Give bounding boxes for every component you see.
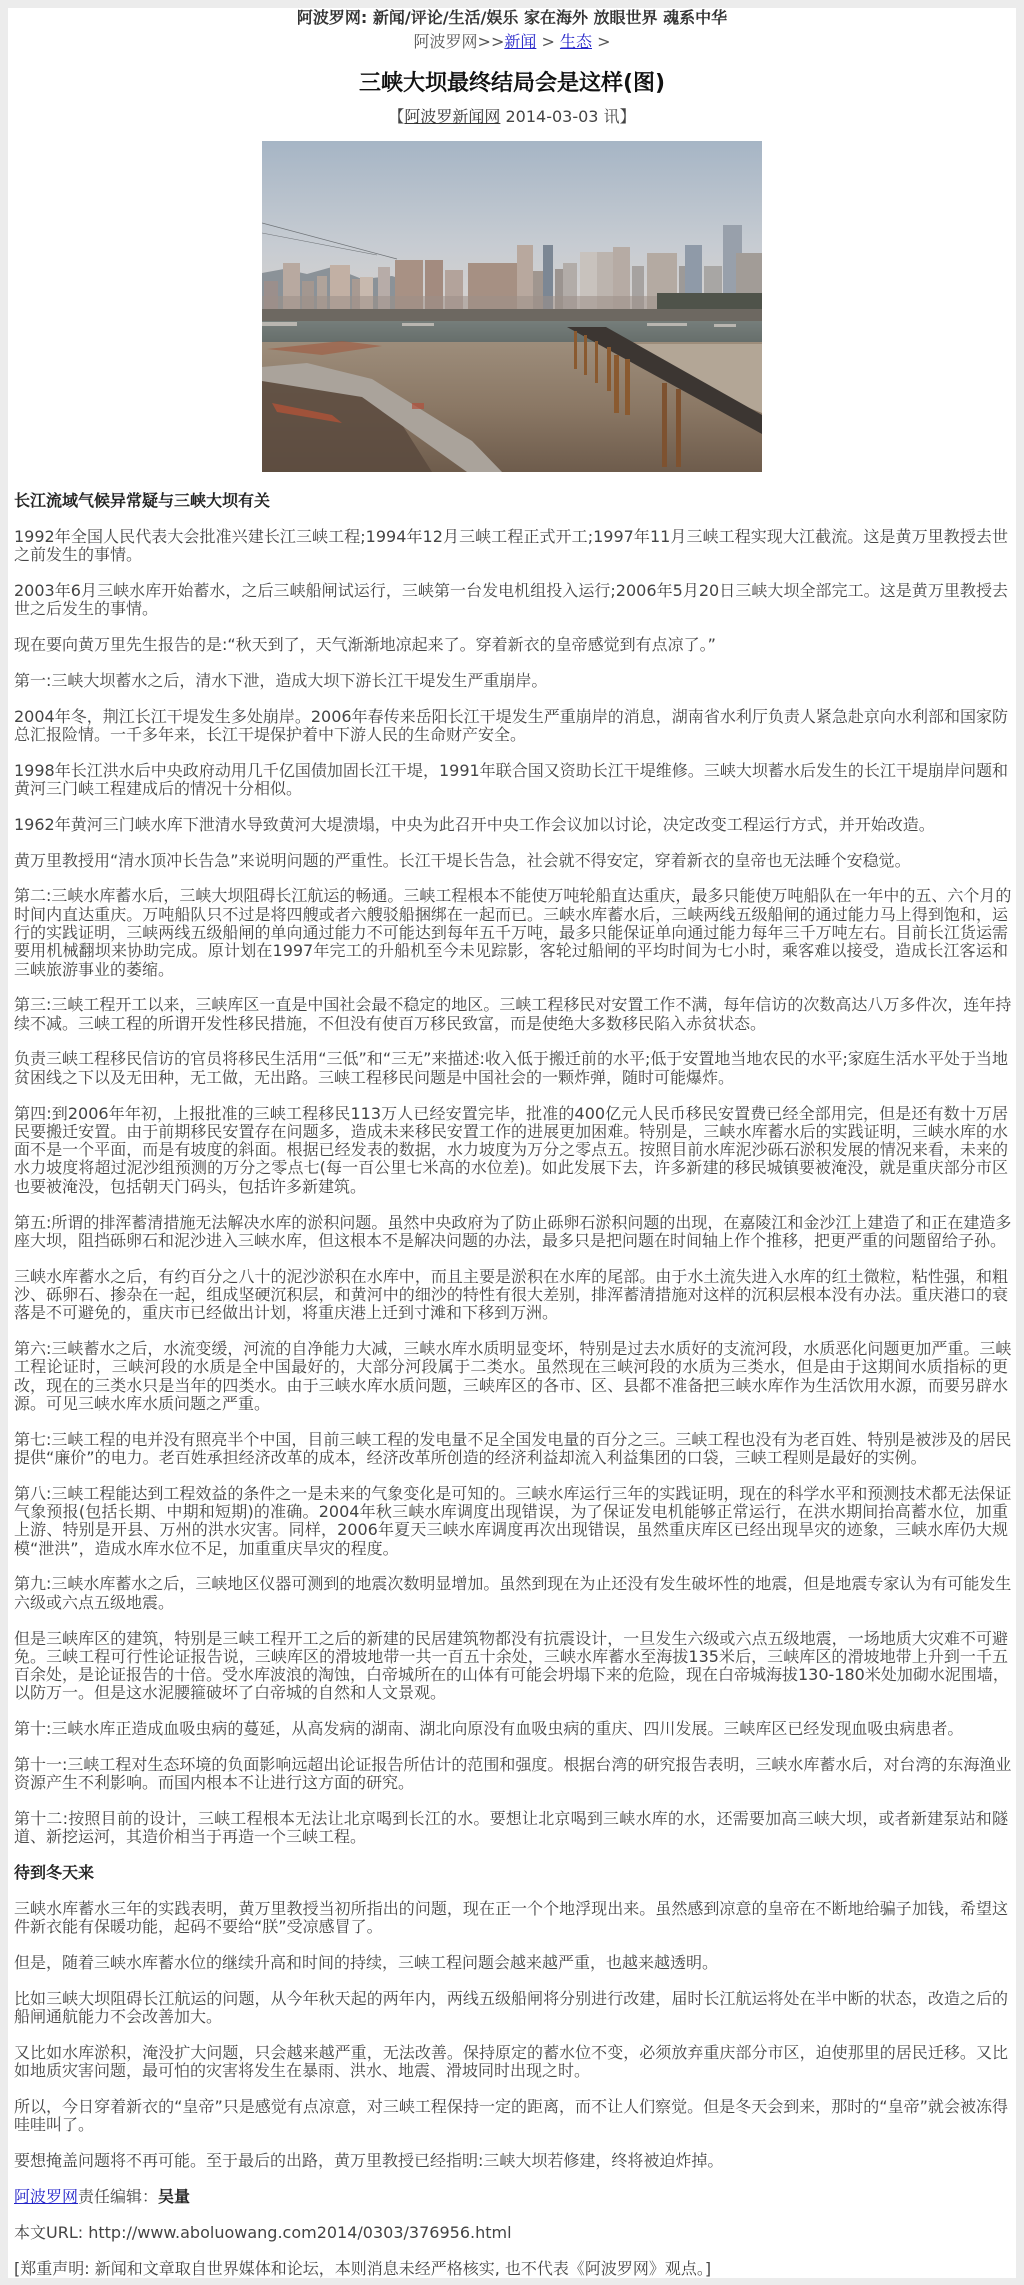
text-line: 民要搬迁安置。由于前期移民安置存在问题多，造成未来移民安置工作的进展更加困难。特… [14,1123,1008,1141]
text-line: 第五:所谓的排浑蓄清措施无法解决水库的淤积问题。虽然中央政府为了防止砾卵石淤积问… [14,1214,1008,1232]
text-line: 气象预报(包括长期、中期和短期)的准确。2004年秋三峡水库调度出现错误，为了保… [14,1503,1008,1521]
article-dateline: 【阿波罗新闻网 2014-03-03 讯】 [14,107,1010,127]
text-line: 2004年冬，荆江长江干堤发生多处崩岸。2006年春传来岳阳长江干堤发生严重崩岸… [14,708,1008,726]
text-line: 第六:三峡蓄水之后，水流变缓，河流的自净能力大减，三峡水库水质明显变坏，特别是过… [14,1340,1008,1358]
text-line: 件新衣能有保暖功能，起码不要给“朕”受凉感冒了。 [14,1918,1008,1936]
text-line: 2003年6月三峡水库开始蓄水，之后三峡船闸试运行，三峡第一台发电机组投入运行;… [14,582,1008,600]
dateline-open-bracket: 【 [388,107,404,126]
paragraph: 第十一:三峡工程对生态环境的负面影响远超出论证报告所估计的范围和强度。根据台湾的… [14,1756,1008,1793]
text-line: 也要被淹没，包括朝天门码头，包括许多新建筑。 [14,1178,1008,1196]
paragraph: 第一:三峡大坝蓄水之后，清水下泄，造成大坝下游长江干堤发生严重崩岸。 [14,672,1008,690]
text-line: 世之后发生的事情。 [14,600,1008,618]
paragraph: 黄万里教授用“清水顶冲长告急”来说明问题的严重性。长江干堤长告急，社会就不得安定… [14,852,1008,870]
text-line: 哇哇叫了。 [14,2116,1008,2134]
section-heading: 长江流域气候异常疑与三峡大坝有关 [14,492,1008,510]
text-line: 续不减。三峡工程的所谓开发性移民措施，不但没有使百万移民致富，而是使绝大多数移民… [14,1015,1008,1033]
text-line: 要想掩盖问题将不再可能。至于最后的出路，黄万里教授已经指明:三峡大坝若修建，终将… [14,2152,1008,2170]
text-line: 模“泄洪”，造成水库水位不足，加重重庆旱灾的程度。 [14,1540,1008,1558]
paragraph: 第四:到2006年年初，上报批准的三峡工程移民113万人已经安置完毕，批准的40… [14,1105,1008,1196]
text-line: 水力坡度将超过泥沙组预测的万分之零点七(每一百公里七米高的水位差)。如此发展下去… [14,1159,1008,1177]
paragraph: 三峡水库蓄水三年的实践表明，黄万里教授当初所指出的问题，现在正一个个地浮现出来。… [14,1900,1008,1937]
text-line: 沙、砾卵石、掺杂在一起，组成坚硬沉积层，和黄河中的细沙的特性有很大差别，排浑蓄清… [14,1286,1008,1304]
text-line: 现在要向黄万里先生报告的是:“秋天到了，天气渐渐地凉起来了。穿着新衣的皇帝感觉到… [14,636,1008,654]
text-line: 第四:到2006年年初，上报批准的三峡工程移民113万人已经安置完毕，批准的40… [14,1105,1008,1123]
text-line: 黄河三门峡工程建成后的情况十分相似。 [14,780,1008,798]
text-line: 第八:三峡工程能达到工程效益的条件之一是未来的气象变化是可知的。三峡水库运行三年… [14,1485,1008,1503]
text-line: 负责三峡工程移民信访的官员将移民生活用“三低”和“三无”来描述:收入低于搬迁前的… [14,1050,1008,1068]
text-line: 要用机械翻坝来协助完成。原计划在1997年完工的升船机至今未见踪影，客轮过船闸的… [14,942,1008,960]
text-line: 免。三峡工程可行性论证报告说，三峡库区的滑坡地带一共一百五十余处，三峡水库蓄水至… [14,1648,1008,1666]
text-line: 如地质灾害问题，最可怕的灾害将发生在暴雨、洪水、地震、滑坡同时出现之时。 [14,2062,1008,2080]
text-line: 第七:三峡工程的电并没有照亮半个中国，目前三峡工程的发电量不足全国发电量的百分之… [14,1431,1008,1449]
text-line: 贫困线之下以及无田种，无工做，无出路。三峡工程移民问题是中国社会的一颗炸弹，随时… [14,1069,1008,1087]
text-line: 1962年黄河三门峡水库下泄清水导致黄河大堤溃塌，中央为此召开中央工作会议加以讨… [14,816,1008,834]
paragraph: 第七:三峡工程的电并没有照亮半个中国，目前三峡工程的发电量不足全国发电量的百分之… [14,1431,1008,1468]
paragraph: 第三:三峡工程开工以来，三峡库区一直是中国社会最不稳定的地区。三峡工程移民对安置… [14,996,1008,1033]
paragraph: 第九:三峡水库蓄水之后，三峡地区仪器可测到的地震次数明显增加。虽然到现在为止还没… [14,1575,1008,1612]
text-line: 第十一:三峡工程对生态环境的负面影响远超出论证报告所估计的范围和强度。根据台湾的… [14,1756,1008,1774]
paragraph: 2004年冬，荆江长江干堤发生多处崩岸。2006年春传来岳阳长江干堤发生严重崩岸… [14,708,1008,745]
text-line: 第二:三峡水库蓄水后，三峡大坝阻碍长江航运的畅通。三峡工程根本不能使万吨轮船直达… [14,887,1008,905]
text-line: 百余处，是论证报告的十倍。受水库波浪的淘蚀，白帝城所在的山体有可能会坍塌下来的危… [14,1666,1008,1684]
editor-label: 责任编辑： [78,2187,158,2206]
paragraph: 第六:三峡蓄水之后，水流变缓，河流的自净能力大减，三峡水库水质明显变坏，特别是过… [14,1340,1008,1413]
dateline-close-bracket: 】 [620,107,636,126]
paragraph: 但是，随着三峡水库蓄水位的继续升高和时间的持续，三峡工程问题会越来越严重，也越来… [14,1954,1008,1972]
paragraph: 要想掩盖问题将不再可能。至于最后的出路，黄万里教授已经指明:三峡大坝若修建，终将… [14,2152,1008,2170]
paragraph: 2003年6月三峡水库开始蓄水，之后三峡船闸试运行，三峡第一台发电机组投入运行;… [14,582,1008,619]
paragraph: 所以，今日穿着新衣的“皇帝”只是感觉有点凉意，对三峡工程保持一定的距离，而不让人… [14,2098,1008,2135]
text-line: 所以，今日穿着新衣的“皇帝”只是感觉有点凉意，对三峡工程保持一定的距离，而不让人… [14,2098,1008,2116]
paragraph: 三峡水库蓄水之后，有约百分之八十的泥沙淤积在水库中，而且主要是淤积在水库的尾部。… [14,1268,1008,1323]
text-line: 又比如水库淤积，淹没扩大问题，只会越来越严重，无法改善。保持原定的蓄水位不变，必… [14,2044,1008,2062]
text-line: 黄万里教授用“清水顶冲长告急”来说明问题的严重性。长江干堤长告急，社会就不得安定… [14,852,1008,870]
paragraph: 比如三峡大坝阻碍长江航运的问题，从今年秋天起的两年内，两线五级船闸将分别进行改建… [14,1990,1008,2027]
section-heading: 待到冬天来 [14,1864,1008,1882]
text-line: 以防万一。但是这水泥腰箍破坏了白帝城的自然和人文景观。 [14,1684,1008,1702]
editor-credit: 阿波罗网责任编辑：吴量 [14,2188,1010,2206]
paragraph: 第五:所谓的排浑蓄清措施无法解决水库的淤积问题。虽然中央政府为了防止砾卵石淤积问… [14,1214,1008,1251]
text-line: 第三:三峡工程开工以来，三峡库区一直是中国社会最不稳定的地区。三峡工程移民对安置… [14,996,1008,1014]
article-url: 本文URL: http://www.aboluowang.com2014/030… [14,2224,1010,2242]
breadcrumb-root-separator: >> [478,32,505,51]
text-line: 三峡水库蓄水三年的实践表明，黄万里教授当初所指出的问题，现在正一个个地浮现出来。… [14,1900,1008,1918]
page-content: 阿波罗网: 新闻/评论/生活/娱乐 家在海外 放眼世界 魂系中华 阿波罗网>>新… [8,8,1016,2278]
breadcrumb-separator: > [541,32,554,51]
site-home-link[interactable]: 阿波罗网 [14,2187,78,2206]
text-line: 第九:三峡水库蓄水之后，三峡地区仪器可测到的地震次数明显增加。虽然到现在为止还没… [14,1575,1008,1593]
editor-name: 吴量 [158,2187,190,2206]
paragraph: 但是三峡库区的建筑，特别是三峡工程开工之后的新建的民居建筑物都没有抗震设计，一旦… [14,1630,1008,1703]
text-line: 1992年全国人民代表大会批准兴建长江三峡工程;1994年12月三峡工程正式开工… [14,528,1008,546]
text-line: 源。可见三峡水库水质问题之严重。 [14,1395,1008,1413]
paragraph: 负责三峡工程移民信访的官员将移民生活用“三低”和“三无”来描述:收入低于搬迁前的… [14,1050,1008,1087]
paragraph: 1992年全国人民代表大会批准兴建长江三峡工程;1994年12月三峡工程正式开工… [14,528,1008,565]
paragraph: 1962年黄河三门峡水库下泄清水导致黄河大堤溃塌，中央为此召开中央工作会议加以讨… [14,816,1008,834]
text-line: 第一:三峡大坝蓄水之后，清水下泄，造成大坝下游长江干堤发生严重崩岸。 [14,672,1008,690]
dateline-source-link[interactable]: 阿波罗新闻网 [404,107,500,126]
text-line: 落是不可避免的，重庆市已经做出计划，将重庆港上迁到寸滩和下移到万洲。 [14,1304,1008,1322]
article-url-label: 本文URL: [14,2223,83,2242]
breadcrumb-link-ecology[interactable]: 生态 [560,32,592,51]
paragraph: 1998年长江洪水后中央政府动用几千亿国债加固长江干堤，1991年联合国又资助长… [14,762,1008,799]
text-line: 总汇报险情。一千多年来，长江干堤保护着中下游人民的生命财产安全。 [14,726,1008,744]
article-photo [262,141,762,472]
text-line: 资源产生不利影响。而国内根本不让进行这方面的研究。 [14,1774,1008,1792]
text-line: 工程论证时，三峡河段的水质是全中国最好的，大部分河段属于二类水。虽然现在三峡河段… [14,1358,1008,1376]
dateline-date: 2014-03-03 [506,107,599,126]
text-line: 三峡水库蓄水之后，有约百分之八十的泥沙淤积在水库中，而且主要是淤积在水库的尾部。… [14,1268,1008,1286]
breadcrumb-separator: > [597,32,610,51]
paragraph: 第十:三峡水库正造成血吸虫病的蔓延，从高发病的湖南、湖北向原没有血吸虫病的重庆、… [14,1720,1008,1738]
text-line: 改，现在的三类水只是当年的四类水。由于三峡水库水质问题，三峡库区的各市、区、县都… [14,1377,1008,1395]
paragraph: 现在要向黄万里先生报告的是:“秋天到了，天气渐渐地凉起来了。穿着新衣的皇帝感觉到… [14,636,1008,654]
article-title: 三峡大坝最终结局会是这样(图) [14,70,1010,98]
text-line: 三峡旅游事业的萎缩。 [14,961,1008,979]
text-line: 第十二:按照目前的设计，三峡工程根本无法让北京喝到长江的水。要想让北京喝到三峡水… [14,1810,1008,1828]
article-body: 长江流域气候异常疑与三峡大坝有关 1992年全国人民代表大会批准兴建长江三峡工程… [14,492,1010,2171]
paragraph: 第八:三峡工程能达到工程效益的条件之一是未来的气象变化是可知的。三峡水库运行三年… [14,1485,1008,1558]
text-line: 面不是一个平面，而是有坡度的斜面。根据已经发表的数据，水力坡度为万分之零点五。按… [14,1141,1008,1159]
text-line: 六级或六点五级地震。 [14,1594,1008,1612]
disclaimer: [郑重声明: 新闻和文章取自世界媒体和论坛，本则消息未经严格核实, 也不代表《阿… [14,2260,1010,2278]
text-line: 行的实践证明，三峡两线五级船闸的单向通过能力不可能达到每年五千万吨，最多只能保证… [14,924,1008,942]
text-line: 之前发生的事情。 [14,546,1008,564]
photo-riverbed-skyline-icon [262,141,762,472]
text-line: 时间内直达重庆。万吨船队只不过是将四艘或者六艘驳船捆绑在一起而已。三峡水库蓄水后… [14,906,1008,924]
article-url-value: http://www.aboluowang.com2014/0303/37695… [88,2223,511,2242]
text-line: 上游、特别是开县、万州的洪水灾害。同样，2006年夏天三峡水库调度再次出现错误，… [14,1521,1008,1539]
site-slogan: 阿波罗网: 新闻/评论/生活/娱乐 家在海外 放眼世界 魂系中华 [14,8,1010,28]
paragraph: 第二:三峡水库蓄水后，三峡大坝阻碍长江航运的畅通。三峡工程根本不能使万吨轮船直达… [14,887,1008,978]
article-footer: 阿波罗网责任编辑：吴量 本文URL: http://www.aboluowang… [14,2188,1010,2278]
text-line: 道、新挖运河，其造价相当于再造一个三峡工程。 [14,1828,1008,1846]
paragraph: 又比如水库淤积，淹没扩大问题，只会越来越严重，无法改善。保持原定的蓄水位不变，必… [14,2044,1008,2081]
text-line: 但是，随着三峡水库蓄水位的继续升高和时间的持续，三峡工程问题会越来越严重，也越来… [14,1954,1008,1972]
text-line: 第十:三峡水库正造成血吸虫病的蔓延，从高发病的湖南、湖北向原没有血吸虫病的重庆、… [14,1720,1008,1738]
text-line: 1998年长江洪水后中央政府动用几千亿国债加固长江干堤，1991年联合国又资助长… [14,762,1008,780]
breadcrumb-home: 阿波罗网 [414,32,478,51]
dateline-suffix: 讯 [604,107,620,126]
text-line: 船闸通航能力不会改善加大。 [14,2008,1008,2026]
text-line: 提供“廉价”的电力。老百姓承担经济改革的成本，经济改革所创造的经济利益却流入利益… [14,1449,1008,1467]
breadcrumb: 阿波罗网>>新闻 > 生态 > [14,32,1010,52]
breadcrumb-link-news[interactable]: 新闻 [504,32,536,51]
text-line: 比如三峡大坝阻碍长江航运的问题，从今年秋天起的两年内，两线五级船闸将分别进行改建… [14,1990,1008,2008]
text-line: 但是三峡库区的建筑，特别是三峡工程开工之后的新建的民居建筑物都没有抗震设计，一旦… [14,1630,1008,1648]
paragraph: 第十二:按照目前的设计，三峡工程根本无法让北京喝到长江的水。要想让北京喝到三峡水… [14,1810,1008,1847]
text-line: 座大坝，阻挡砾卵石和泥沙进入三峡水库，但这根本不是解决问题的办法，最多只是把问题… [14,1232,1008,1250]
